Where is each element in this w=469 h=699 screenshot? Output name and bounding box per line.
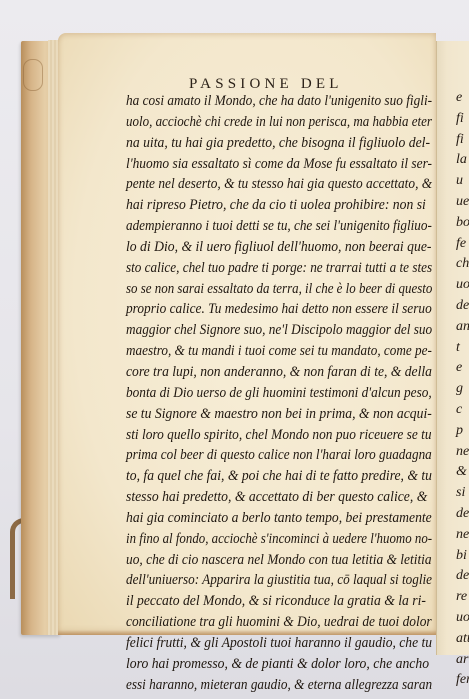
text-line: essi haranno, mieteran gaudio, & eterna …	[126, 675, 422, 696]
text-line: stesso hai predetto, & accettato di ber …	[126, 487, 432, 508]
text-line: na uita, tu hai gia predetto, che bisogn…	[126, 133, 432, 154]
text-line: pente nel deserto, & tu stesso hai gia q…	[126, 174, 425, 195]
text-line: felici frutti, & gli Apostoli tuoi haran…	[126, 633, 429, 654]
facing-page-text: e fi fi la u ue bo fe ch uo de an t e g …	[456, 88, 469, 691]
text-line: bonta di Dio uerso de gli huomini testim…	[126, 383, 424, 404]
text-line: prima col beer di questo calice non l'ha…	[126, 445, 421, 466]
text-line: il peccato del Mondo, & si riconduce la …	[126, 591, 432, 612]
text-line: so se non sarai essaltato da terra, il c…	[126, 279, 416, 300]
text-line: proprio calice. Tu medesimo hai detto no…	[126, 299, 425, 320]
text-line: sto calice, chel tuo padre ti porge: ne …	[126, 258, 421, 279]
text-line: ha cosi amato il Mondo, che ha dato l'un…	[126, 91, 424, 112]
text-line: core tra lupi, non anderanno, & non fara…	[126, 362, 430, 383]
text-line: maggior chel Signore suo, ne'l Discipolo…	[126, 320, 423, 341]
text-line: uolo, acciochè chi crede in lui non peri…	[126, 112, 417, 133]
text-line: conciliatione tra gli huomini & Dio, ued…	[126, 612, 426, 633]
text-line: sti loro quello spirito, chel Mondo non …	[126, 425, 425, 446]
text-line: hai gia cominciato a berlo tanto tempo, …	[126, 508, 431, 529]
text-line: lo di Dio, & il uero figliuol dell'huomo…	[126, 237, 432, 258]
page-body-text: ha cosi amato il Mondo, che ha dato l'un…	[126, 91, 446, 695]
text-line: maestro, & tu mandi i tuoi come sei tu m…	[126, 341, 421, 362]
text-line: se tu Signore & maestro non bei in prima…	[126, 404, 432, 425]
text-line: in fino al fondo, acciochè s'incominci à…	[126, 529, 415, 550]
text-line: loro hai promesso, & de pianti & dolor l…	[126, 654, 432, 675]
text-line: hai ripreso Pietro, che da cio ti uolea …	[126, 195, 432, 216]
text-line: to, fa quel che fai, & poi che hai di te…	[126, 466, 431, 487]
text-line: dell'uniuerso: Apparira la giustitia tua…	[126, 570, 421, 591]
text-line: uo, che di cio nascera nel Mondo con tua…	[126, 550, 426, 571]
text-line: l'huomo sia essaltato sì come da Mose fu…	[126, 154, 426, 175]
text-line: adempieranno i tuoi detti se tu, che sei…	[126, 216, 421, 237]
